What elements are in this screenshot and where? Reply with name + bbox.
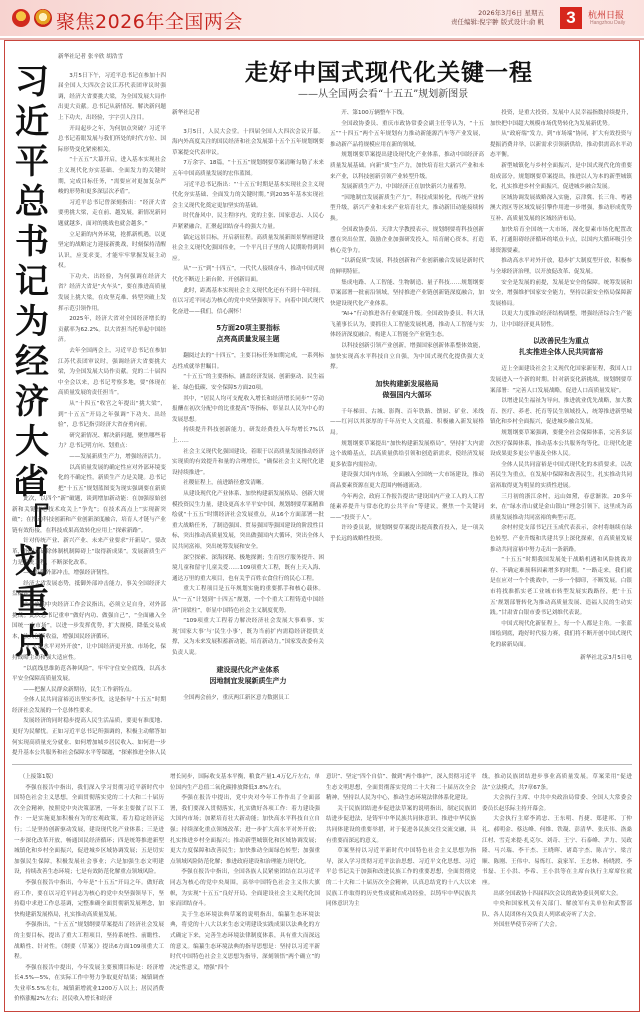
paragraph: ——抵御外部冲击，增强经济韧性。 bbox=[12, 568, 166, 579]
paragraph: 线，推动民族团结进步事业高质量发展。草案采用“促进法”立法模式，共7章67条。 bbox=[482, 772, 632, 793]
paragraph: 李强在报告中提出，今年发展主要预期目标是：经济增长4.5%—5%，在实际工作中努… bbox=[14, 963, 164, 1005]
left-article-byline: 新华社记者 张辛欣 胡浩雪 bbox=[58, 52, 166, 63]
paragraph: 此次，以四个“新”破题，谈到增加新动能：在加强原始创新和关键核心技术攻关上“争先… bbox=[12, 494, 166, 536]
paragraph: 李强在报告中指出，全国各族人民紧密团结在以习近平同志为核心的党中央周围，高举中国… bbox=[170, 867, 320, 909]
paragraph: 规划纲要草案提出“加快构建新发展格局”，坚持扩大内需这个战略基点，以高质量供给引… bbox=[330, 439, 484, 471]
paragraph: 去年全国两会上，习近平总书记在参加江苏代表团审议时，强调经济大省要挑大梁，为全国… bbox=[58, 346, 166, 399]
subheading-line: 点亮高质量发展主题 bbox=[172, 334, 324, 345]
subheading-line: 建设现代化产业体系 bbox=[172, 665, 324, 676]
paragraph: 从“十四五”收官之年提出“挑大梁”，到“十五五”开局之年强调“下功夫、出经验”，… bbox=[58, 399, 166, 431]
right-article-dateline: 新华社北京3月5日电 bbox=[490, 653, 632, 664]
editor-credits: 责任编辑:倪宇翀 版式设计:俞 帆 bbox=[451, 18, 544, 27]
headline-char: 为 bbox=[12, 302, 52, 342]
paragraph: 规划纲要草案强调，要健全社会保障体系，完善多层次医疗保障体系，推动基本公共服务均… bbox=[490, 428, 632, 460]
paragraph: 草案坚持以习近平新时代中国特色社会主义思想为指导，深入学习贯彻习近平法治思想、习… bbox=[326, 846, 476, 910]
right-article-col-3: 投资，是重大投资。发展中人民幸福指数持续提升，加快把中国超大规模市场优势转化为发… bbox=[490, 108, 632, 756]
paragraph: 余村村党支部书记汪玉成代表表示，余村将继续在绿色转型、产业升级和共建共享上深化探… bbox=[490, 523, 632, 555]
paragraph: 全体人民共同富裕是中国式现代化的本质要求。以改善民生为重点，在发展中保障和改善民… bbox=[490, 460, 632, 492]
right-article-byline: 新华社记者 bbox=[172, 108, 324, 119]
paragraph: 针对传统产业、新兴产业、未来产业要求“开新局”，要改革，指出在破除体制机制障碍上… bbox=[12, 536, 166, 568]
paragraph: 发展经济的同时稳步提高人民生活品质，要更有准度地、更好为民解忧。正如习近平总书记… bbox=[12, 716, 166, 756]
paragraph: “扩大高水平对外开放”，让中国经济更开放、市场化，保持战略主动和强大适应性。 bbox=[12, 642, 166, 663]
continued-from-label: （上接第1版） bbox=[14, 772, 164, 783]
paragraph: “十五五”时期我国发展处于战略机遇和风险挑战并存、不确定难预料因素增多的时期。“… bbox=[490, 555, 632, 619]
paragraph: 立足新的内外环境，抢抓新机遇，以更坚定的战略定力迎接新挑战，时刻保持清醒认识，应… bbox=[58, 230, 166, 272]
headline-char: 书 bbox=[12, 222, 52, 262]
subheading-line: 因地制宜发展新质生产力 bbox=[172, 676, 324, 687]
paragraph: 发展新质生产力，中国经济正在加快新兴力量蓄势。 bbox=[330, 182, 484, 193]
paragraph: 出席全国政协十四届四次会议的政协委员列席大会。 bbox=[482, 889, 632, 900]
subheading: 建设现代化产业体系 因地制宜发展新质生产力 bbox=[172, 665, 324, 687]
paragraph: 千年梯田、古城、影陶、百年铁路、馈厨、矿业、米线——红河以其深厚的千年历史人文底… bbox=[330, 407, 484, 439]
report-col-1: （上接第1版） 李强在报告中指出，我们深入学习贯彻习近平新时代中国特色社会主义思… bbox=[14, 772, 164, 1006]
paragraph: 锚定远景目标，开启新征程。高质量发展新图景擘画建设社会主义现代化强国伟业，一个平… bbox=[172, 233, 324, 265]
subheading: 5方面20项主要指标 点亮高质量发展主题 bbox=[172, 323, 324, 345]
headline-char: 平 bbox=[12, 142, 52, 182]
issue-date: 2026年3月6日 星期五 bbox=[451, 9, 544, 18]
headline-char: 总 bbox=[12, 182, 52, 222]
left-article-body-upper: 新华社记者 张辛欣 胡浩雪 3月5日下午，习近平总书记在参加十四届全国人大四次会… bbox=[58, 52, 166, 492]
paragraph: “因地制宜发展新质生产力”，科技成果转化，传统产业转型升级，新兴产业和未来产业培… bbox=[330, 193, 484, 225]
paragraph: ——发展新质生产力，增强经济活力。 bbox=[58, 452, 166, 463]
paragraph: “AI+”行动推进各行业赋能升级。全国政协委员、科大讯飞董事长认为，要抓住人工智… bbox=[330, 309, 484, 341]
paragraph: 习近平总书记曾深刻指出：“经济大省要勇挑大梁，走在前、越发展，新情况新问题就越多… bbox=[58, 198, 166, 230]
subheading: 加快构建新发展格局 做强国内大循环 bbox=[330, 379, 484, 401]
paragraph: 集成电路、人工智能、生物制造、量子科技……规划纲要草案部署一批前沿领域，坚持推进… bbox=[330, 278, 484, 310]
headline-char: 经 bbox=[12, 342, 52, 382]
paragraph: 关于民族团结进步促进法草案的说明指出，制定民族团结进步促进法，是铸牢中华民族共同… bbox=[326, 804, 476, 846]
paragraph: 社稷征程上，前进路径愈发清晰。 bbox=[172, 478, 324, 489]
headline-char: 济 bbox=[12, 382, 52, 422]
paragraph: 李强在报告中指出，今年是“十五五”开局之年。做好政府工作，要在以习近平同志为核心… bbox=[14, 878, 164, 920]
paragraph: 持续提升科技创新能力，研发经费投入年均增长7%以上…… bbox=[172, 425, 324, 446]
paragraph: 开、第100万辆整车下线。 bbox=[330, 108, 484, 119]
paragraph: 开局起步之年，为何加点突破？习近平总书记着眼发展与我们所处的时代方位、国际形势变… bbox=[58, 124, 166, 156]
section-divider bbox=[12, 764, 632, 765]
subheading-line: 做强国内大循环 bbox=[330, 390, 484, 401]
paragraph: 社会主义现代化强国建设，着眼于以高质量发展推动经济实现质的有效提升和量的合理增长… bbox=[172, 447, 324, 479]
section-title: 聚焦2026年全国两会 bbox=[56, 7, 243, 34]
left-article-body-lower: 此次，以四个“新”破题，谈到增加新动能：在加强原始创新和关键核心技术攻关上“争先… bbox=[12, 494, 166, 756]
report-col-4: 线，推动民族团结进步事业高质量发展。草案采用“促进法”立法模式，共7章67条。 … bbox=[482, 772, 632, 1006]
paragraph: “以新促质”发展，科技创新和产业创新融合发展是新时代的鲜明特征。 bbox=[330, 256, 484, 277]
paragraph: 关于生态环境法典草案的说明指出，编纂生态环境法典，将党的十八大以来生态文明建设实… bbox=[170, 910, 320, 974]
paragraph: 中国式现代化新征程上，每一个人都是主角。一张蓝图绘到底，跑好时代接力赛，我们将不… bbox=[490, 619, 632, 651]
paragraph: 重大工程项目是五年规划实施的重要抓手和核心载体。从“一五”计划到“十四五”规划，… bbox=[172, 584, 324, 616]
right-article-col-1: 新华社记者 3月5日，人民大会堂。十四届全国人大四次会议开幕。海内外高度关注的国… bbox=[172, 108, 324, 756]
paragraph: 李强在报告中指出，我们深入学习贯彻习近平新时代中国特色社会主义思想，全面贯彻落实… bbox=[14, 783, 164, 878]
paragraph: 李强指出，“十五五”规划纲要草案提出了经济社会发展的主要目标，提出了重大工程项目… bbox=[14, 920, 164, 962]
paragraph: 区域协调发展战略深入实施，京津冀、长三角、粤港澳大湾区等区域发展引擎作用进一步增… bbox=[490, 193, 632, 225]
headline-char: 大 bbox=[12, 422, 52, 462]
page-header: 聚焦2026年全国两会 2026年3月6日 星期五 责任编辑:倪宇翀 版式设计:… bbox=[0, 0, 644, 36]
page-number-badge: 3 bbox=[560, 7, 582, 29]
paragraph: 经济大省发展态势，抵御外部冲击能力，事关全国经济大盘稳定。 bbox=[12, 579, 166, 600]
paragraph: 安全是发展的前提，发展是安全的保障。统筹发展和安全，增强维护国家安全能力，坚持以… bbox=[490, 278, 632, 310]
paragraph: 大会执行主席、中共中央政治局常委、全国人大常委会委员长赵乐际主持开幕会。 bbox=[482, 793, 632, 814]
right-article-title: 走好中国式现代化关键一程 bbox=[245, 54, 533, 87]
paragraph: 2025年，经济大省对全国经济增长的贡献率为62.2%。以大省担当托举起中国经济… bbox=[58, 314, 166, 346]
paragraph: “十五五”大幕开启，进入基本实现社会主义现代化夯实基础、全面发力的关键时期，完成… bbox=[58, 155, 166, 197]
paragraph: 今年两会，政府工作报告提出“建设国内产业工人的人工智能素养提升与常态化的公共平台… bbox=[330, 492, 484, 524]
paragraph: 全国政协委员、重庆市政协常委会副主任等认为，“十五五”“十四五”两个五年规划有力… bbox=[330, 119, 484, 151]
paragraph: 此时，距离基本实现社会主义现代化还有不到十年时间。在以习近平同志为核心的党中央坚… bbox=[172, 286, 324, 318]
paragraph: 下功夫、出经验，为何强调在经济大省？经济大省是“火车头”，要在推进高质量发展上挑… bbox=[58, 272, 166, 314]
issue-meta: 2026年3月6日 星期五 责任编辑:倪宇翀 版式设计:俞 帆 bbox=[451, 9, 544, 27]
paragraph: 全体人民共同富裕迈出坚实步伐，这是指导“十五五”时期经济社会发展的一个总体性要求… bbox=[12, 695, 166, 716]
paragraph: 以增进民生福祉为导向，推进就业优先战略，加大教育、医疗、养老、托育等民生领域投入… bbox=[490, 396, 632, 428]
headline-char: 近 bbox=[12, 102, 52, 142]
paragraph: 意识”、坚定“四个自信”、做到“两个维护”，深入贯彻习近平生态文明思想，全面贯彻… bbox=[326, 772, 476, 804]
paragraph: 其中，“居民人均可支配收入增长和经济增长同步”“劳动报酬在初次分配中的比重提高”… bbox=[172, 394, 324, 426]
paragraph: 深空探索、深海探秘、极地探测；生育医疗服务提升、困境儿童和留守儿童关爱……109… bbox=[172, 553, 324, 585]
paragraph: 全国两会前夕，重庆两江新区意力数据员工 bbox=[172, 693, 324, 704]
paragraph: 许玲委员说，规划纲要草案提出提高教育投入，是一项关乎长远的战略性投资。 bbox=[330, 523, 484, 544]
paragraph: “109项重大工程着力解决经济社会发展大事难事、实现‘国家大事’与‘民生小事’，… bbox=[172, 616, 324, 658]
national-emblem-icon bbox=[12, 9, 30, 27]
paragraph: 外国驻华使节旁听了大会。 bbox=[482, 920, 632, 931]
paragraph: 以科技创新引领产业创新，增强国家创新体系整体效能，加快实现高水平科技自立自强，为… bbox=[330, 341, 484, 373]
headline-char: 习 bbox=[12, 62, 52, 102]
paragraph: 全国政协委员、天津大学教授表示，规划纲要将科技创新摆在突出位置，鼓励企业加强研发… bbox=[330, 225, 484, 257]
paragraph: 3月5日，人民大会堂。十四届全国人大四次会议开幕。海内外高度关注的国民经济和社会… bbox=[172, 127, 324, 159]
paragraph: 去年底的中央经济工作会议指出，必须立足自身，对外部挑战。此次总书记重申“做好内功… bbox=[12, 600, 166, 642]
paragraph: 建设强大国内市场，全面融入全国统一大市场建设，推动商品要素资源在更大范围内畅通流… bbox=[330, 470, 484, 491]
subheading-line: 5方面20项主要指标 bbox=[172, 323, 324, 334]
paragraph: 从建设现代化产业体系、加快构建新发展格局、创新大规模投资民生力量，建设更高水平平… bbox=[172, 489, 324, 553]
cppcc-emblem-icon bbox=[34, 9, 52, 27]
closing-quote-bracket bbox=[16, 478, 46, 494]
paragraph: 中央和国家机关有关部门、解放军有关单位和武警部队、各人民团体有关负责人列席或旁听… bbox=[482, 899, 632, 920]
paragraph: 新型城镇化与乡村全面振兴，是中国式现代化的重要组成部分。规划纲要草案提出，推进以… bbox=[490, 161, 632, 193]
subheading-line: 扎实推进全体人民共同富裕 bbox=[490, 347, 632, 358]
paragraph: 三月初的浙江余村，远山如黛，春意渐浓。20多年来，在“绿水青山就是金山银山”理念… bbox=[490, 492, 632, 524]
paragraph: 规划纲要草案提出建设现代化产业体系，推动中国经济高质量发展基础。向新“质”生产力… bbox=[330, 150, 484, 182]
paragraph: 以高质量发展的确定性应对外部环境变化的不确定性，新质生产力是关键。总书记把“十五… bbox=[58, 463, 166, 492]
newspaper-logo-en: Hangzhou Daily bbox=[590, 20, 625, 26]
paragraph: 研究新情况、解决新问题，聚焦哪些着力？总书记明方向、划重点： bbox=[58, 431, 166, 452]
paragraph: 加快培育全国统一大市场，深化要素市场化配置改革，打通阻碍经济循环的堵点卡点，以国… bbox=[490, 225, 632, 257]
paragraph: 大会执行主席李鸿忠、王东明、肖捷、郑建邦、丁仲礼、郝明金、蔡达峰、何维、铁凝、彭… bbox=[482, 814, 632, 888]
paragraph: 以更大力度推动经济结构调整，增强经济综合生产能力，让中国经济更具韧性。 bbox=[490, 309, 632, 330]
paragraph: 增长同步，国际收支基本平衡，粮食产量1.4万亿斤左右，单位国内生产总值二氧化碳排… bbox=[170, 772, 320, 793]
paragraph: 时代备风中，民主程序内，党的主张、国家意志、人民心声紧紧融合，汇聚起团结奋斗的强… bbox=[172, 211, 324, 232]
paragraph: “以底线思维防范各种风险”，牢牢守住安全底线，以高水平安全保障高质量发展。 bbox=[12, 664, 166, 685]
paragraph: ——把握人民群众新期待，民生工作新特点。 bbox=[12, 685, 166, 696]
paragraph: 习近平总书记指出：“‘十五五’时期是基本实现社会主义现代化夯实基础、全面发力的关… bbox=[172, 180, 324, 212]
paragraph: 迈上全面建设社会主义现代化国家新征程，我国人口发展进入一个新的时期。针对新变化新… bbox=[490, 364, 632, 396]
subheading: 以改善民生为重点 扎实推进全体人民共同富裕 bbox=[490, 336, 632, 358]
subheading-line: 以改善民生为重点 bbox=[490, 336, 632, 347]
paragraph: 推动高水平对外开放，稳步扩大制度型开放，积极参与全球经济治理，以开放促改革、促发… bbox=[490, 256, 632, 277]
paragraph: 3月5日下午，习近平总书记在参加十四届全国人大四次会议江苏代表团审议时强调，经济… bbox=[58, 71, 166, 124]
paragraph: 翻阅过去的“十四五”，主要目标任务如期完成，一系列标志性成就举世瞩目。 bbox=[172, 351, 324, 372]
paragraph: 从“一五”到“十四五”，一代代人接续奋斗，推动中国式现代化不断迈上新台阶、开创新… bbox=[172, 264, 324, 285]
paragraph: “十五五”的主要指标，涵盖经济发展、创新驱动、民生福祉、绿色低碳、安全保障5方面… bbox=[172, 372, 324, 393]
paragraph: 李强在报告中提出，党中央对今年工作作出了全面部署，我们要深入贯彻落实，扎实做好各… bbox=[170, 793, 320, 867]
subheading-line: 加快构建新发展格局 bbox=[330, 379, 484, 390]
report-col-3: 意识”、坚定“四个自信”、做到“两个维护”，深入贯彻习近平生态文明思想，全面贯彻… bbox=[326, 772, 476, 1006]
right-article-col-2: 开、第100万辆整车下线。 全国政协委员、重庆市政协常委会副主任等认为，“十五五… bbox=[330, 108, 484, 756]
right-article-subtitle: ——从全国两会看“十五五”规划新图景 bbox=[298, 85, 468, 100]
paragraph: 7万余字、18篇，“十五五”规划纲要草案清晰勾勒了未来五年中国高质量发展的宏伟蓝… bbox=[172, 158, 324, 179]
paragraph: 投资，是重大投资。发展中人民幸福指数持续提升，加快把中国超大规模市场优势转化为发… bbox=[490, 108, 632, 129]
report-col-2: 增长同步，国际收支基本平衡，粮食产量1.4万亿斤左右，单位国内生产总值二氧化碳排… bbox=[170, 772, 320, 1006]
paragraph: 从“政府端”发力，到“市场端”协同，扩大有效投资与提振消费并举，以新需求引领新供… bbox=[490, 129, 632, 161]
headline-char: 记 bbox=[12, 262, 52, 302]
